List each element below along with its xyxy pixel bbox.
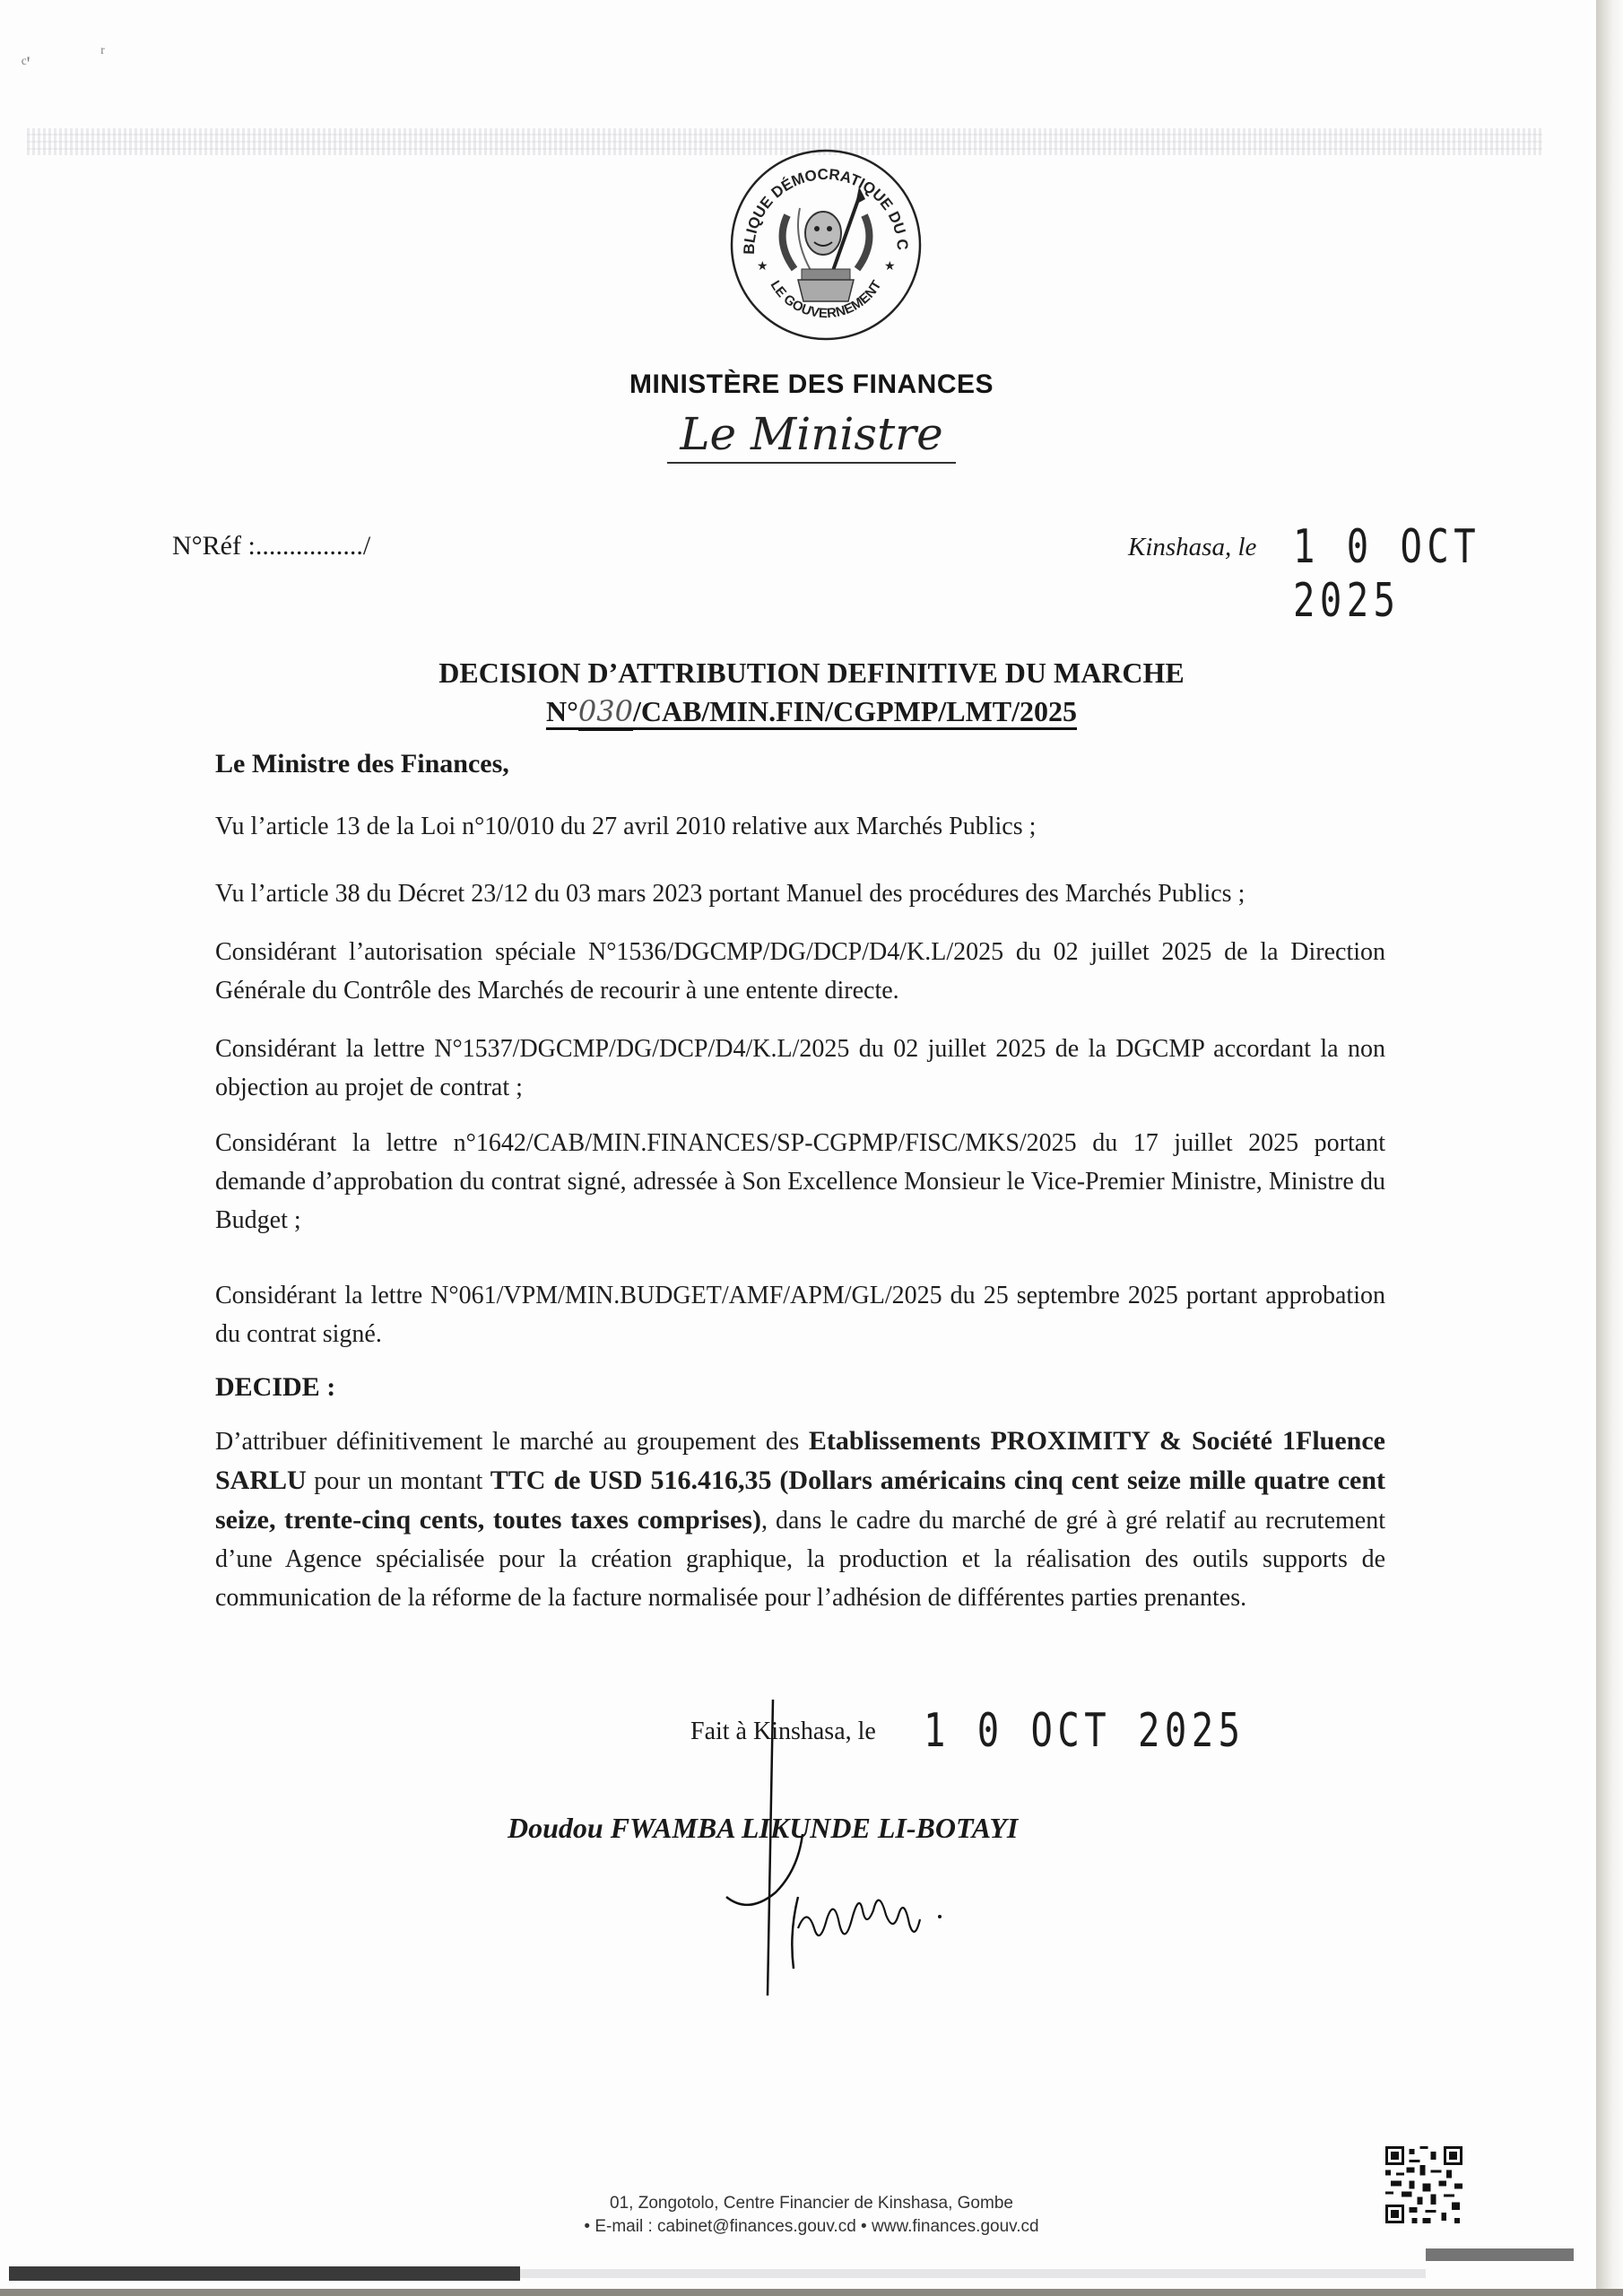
footer-address: 01, Zongotolo, Centre Financier de Kinsh… (0, 2194, 1623, 2213)
decision-paragraph: D’attribuer définitivement le marché au … (215, 1422, 1385, 1617)
footer-bar-right (1426, 2248, 1574, 2261)
website-link[interactable]: www.finances.gouv.cd (872, 2217, 1039, 2236)
date-stamp: 1 0 OCT 2025 (1293, 520, 1550, 628)
footer-bar-light (520, 2269, 1426, 2278)
handwritten-number: 030 (578, 694, 633, 731)
footer-contacts: • E-mail : cabinet@finances.gouv.cd • ww… (0, 2217, 1623, 2237)
ministry-name: MINISTÈRE DES FINANCES (0, 370, 1623, 400)
qr-code-icon[interactable] (1385, 2146, 1462, 2223)
email-link[interactable]: cabinet@finances.gouv.cd (657, 2217, 856, 2236)
opening-line: Le Ministre des Finances, (215, 749, 509, 779)
consideration-4: Considérant la lettre N°1537/DGCMP/DG/DC… (215, 1030, 1385, 1107)
paper-edge (1596, 0, 1623, 2296)
footer-bar-dark (9, 2266, 520, 2281)
signature-date-stamp: 1 0 OCT 2025 (924, 1704, 1245, 1758)
reference-value: ................/ (256, 531, 370, 561)
consideration-1: Vu l’article 13 de la Loi n°10/010 du 27… (215, 807, 1385, 846)
decision-title: DECISION D’ATTRIBUTION DEFINITIVE DU MAR… (0, 657, 1623, 690)
reference-number: N°Réf :................/ (172, 531, 370, 561)
consideration-6: Considérant la lettre N°061/VPM/MIN.BUDG… (215, 1276, 1385, 1353)
decide-heading: DECIDE : (215, 1372, 335, 1403)
office-title: Le Ministre (0, 408, 1623, 460)
coat-of-arms-seal-icon: RÉPUBLIQUE DÉMOCRATIQUE DU CONGO LE GOUV… (725, 143, 927, 346)
decision-number: N°030/CAB/MIN.FIN/CGPMP/LMT/2025 (0, 694, 1623, 728)
consideration-3: Considérant l’autorisation spéciale N°15… (215, 933, 1385, 1010)
consideration-2: Vu l’article 38 du Décret 23/12 du 03 ma… (215, 874, 1385, 913)
dateline-city: Kinshasa, le (1128, 533, 1256, 562)
paper-edge-bottom (0, 2289, 1623, 2296)
reference-label: N°Réf : (172, 531, 256, 561)
consideration-5: Considérant la lettre n°1642/CAB/MIN.FIN… (215, 1124, 1385, 1239)
scan-mark: ʳ (100, 41, 105, 65)
svg-text:★: ★ (884, 260, 896, 274)
svg-text:★: ★ (757, 260, 768, 274)
handwritten-signature-icon (664, 1700, 959, 1996)
scan-mark: ᶜ' (22, 52, 30, 75)
